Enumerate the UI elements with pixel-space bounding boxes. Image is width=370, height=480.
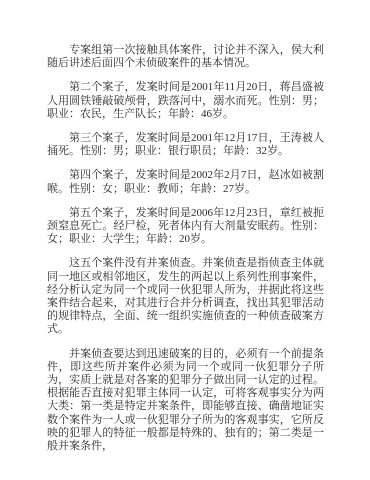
reader-screen: 专案组第一次接触具体案件，讨论并不深入，侯大利随后讲述后面四个未侦破案件的基本情… bbox=[0, 0, 370, 480]
paragraph-merged-investigation-conditions: 并案侦查要达到迅速破案的目的，必须有一个前提条件，即这些所并案件必须为同一个或同… bbox=[47, 348, 324, 454]
book-page[interactable]: 专案组第一次接触具体案件，讨论并不深入，侯大利随后讲述后面四个未侦破案件的基本情… bbox=[0, 0, 370, 480]
paragraph-case-3: 第三个案子，发案时间是2001年12月17日，王涛被人捅死。性别：男；职业：银行… bbox=[47, 132, 324, 158]
paragraph-merged-investigation-definition: 这五个案件没有并案侦查。并案侦查是指侦查主体就同一地区或相邻地区，发生的两起以上… bbox=[47, 257, 324, 336]
paragraph-case-2: 第二个案子，发案时间是2001年11月20日，蒋昌盛被人用圆铁锤敲破颅骨，跌落河… bbox=[47, 81, 324, 121]
paragraph-case-5: 第五个案子，发案时间是2006年12月23日，章红被扼颈窒息死亡。经尸检，死者体… bbox=[47, 207, 324, 247]
paragraph-case-4: 第四个案子，发案时间是2002年2月7日，赵冰如被割喉。性别：女；职业：教师；年… bbox=[47, 169, 324, 195]
paragraph-intro: 专案组第一次接触具体案件，讨论并不深入，侯大利随后讲述后面四个未侦破案件的基本情… bbox=[47, 44, 324, 70]
text-block: 专案组第一次接触具体案件，讨论并不深入，侯大利随后讲述后面四个未侦破案件的基本情… bbox=[47, 44, 324, 453]
